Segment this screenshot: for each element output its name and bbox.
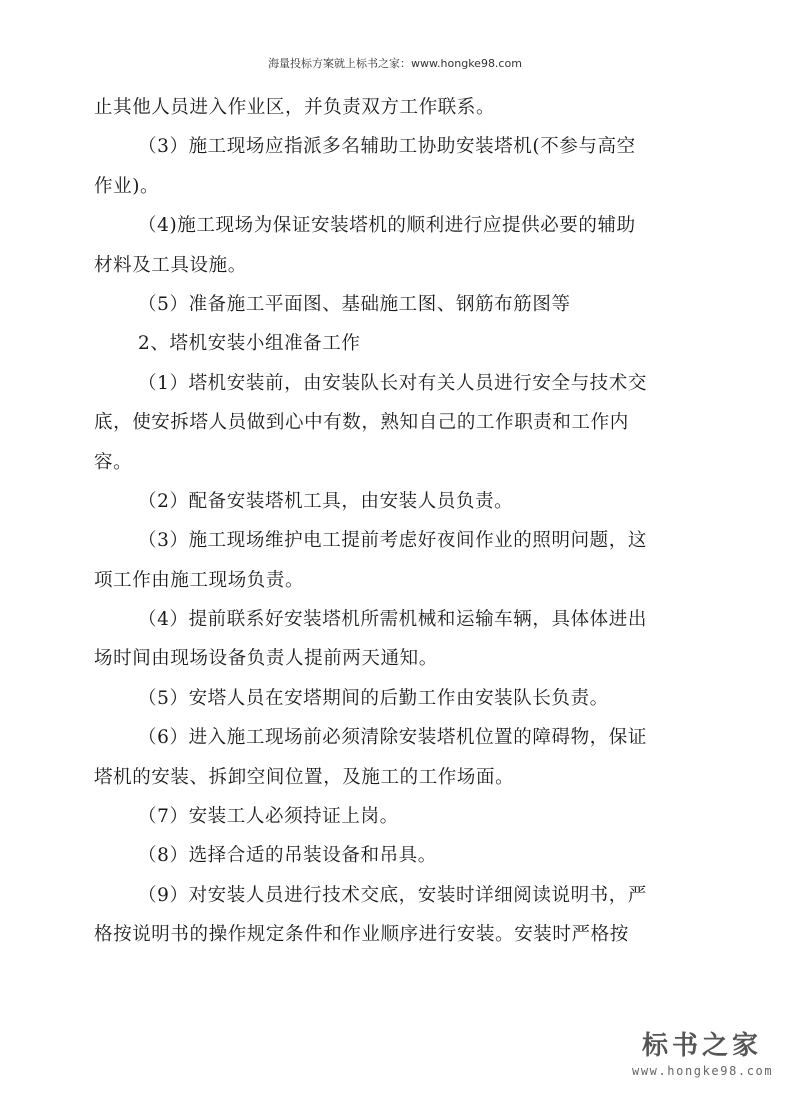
text-line: （3）施工现场应指派多名辅助工协助安装塔机(不参与高空	[94, 137, 704, 157]
text-line: 塔机的安装、拆卸空间位置，及施工的工作场面。	[94, 768, 704, 788]
text-line: 场时间由现场设备负责人提前两天通知。	[94, 649, 704, 669]
text-line: 止其他人员进入作业区，并负责双方工作联系。	[94, 98, 704, 118]
text-line: （4）提前联系好安装塔机所需机械和运输车辆，具体体进出	[94, 610, 704, 630]
text-line: （5）安塔人员在安塔期间的后勤工作由安装队长负责。	[94, 689, 704, 709]
text-line: 容。	[94, 453, 704, 473]
text-line: （8）选择合适的吊装设备和吊具。	[94, 846, 704, 866]
text-line: （7）安装工人必须持证上岗。	[94, 807, 704, 827]
text-line: 项工作由施工现场负责。	[94, 571, 704, 591]
text-line: 格按说明书的操作规定条件和作业顺序进行安装。安装时严格按	[94, 925, 704, 945]
document-body: 止其他人员进入作业区，并负责双方工作联系。 （3）施工现场应指派多名辅助工协助安…	[94, 98, 704, 965]
footer-logo: 标书之家 www.hongke98.com	[632, 1025, 772, 1078]
text-line: 材料及工具设施。	[94, 256, 704, 276]
footer-url: www.hongke98.com	[632, 1064, 772, 1078]
footer-brand: 标书之家	[632, 1025, 772, 1062]
text-line: （1）塔机安装前，由安装队长对有关人员进行安全与技术交	[94, 374, 704, 394]
text-line: （4)施工现场为保证安装塔机的顺利进行应提供必要的辅助	[94, 216, 704, 236]
text-line: 底，使安拆塔人员做到心中有数，熟知自己的工作职责和工作内	[94, 413, 704, 433]
section-heading: 2、塔机安装小组准备工作	[94, 334, 704, 354]
text-line: （3）施工现场维护电工提前考虑好夜间作业的照明问题，这	[94, 531, 704, 551]
text-line: （2）配备安装塔机工具，由安装人员负责。	[94, 492, 704, 512]
text-line: （9）对安装人员进行技术交底，安装时详细阅读说明书，严	[94, 886, 704, 906]
text-line: （6）进入施工现场前必须清除安装塔机位置的障碍物，保证	[94, 728, 704, 748]
text-line: （5）准备施工平面图、基础施工图、钢筋布筋图等	[94, 295, 704, 315]
page-header-watermark: 海量投标方案就上标书之家：www.hongke98.com	[0, 55, 790, 71]
text-line: 作业)。	[94, 177, 704, 197]
